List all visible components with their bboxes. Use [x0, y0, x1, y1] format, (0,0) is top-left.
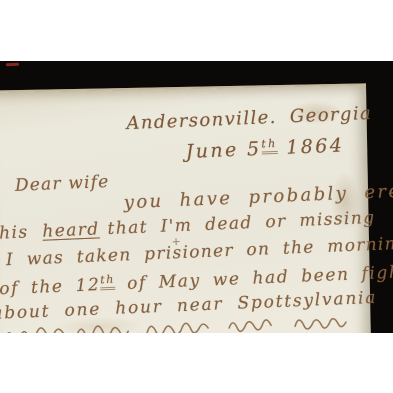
letter-date-line: June 5th 1864 — [185, 134, 344, 163]
letter-photograph: Andersonville. Georgia June 5th 1864 Dea… — [0, 61, 393, 333]
body-line-4-pre: of the 12 — [0, 275, 101, 299]
body-line-2-rest: that I'm dead or missing — [107, 208, 376, 239]
body-line-4-ordinal: th — [100, 273, 115, 291]
handwriting-layer: Andersonville. Georgia June 5th 1864 Dea… — [0, 81, 374, 333]
letter-paper: Andersonville. Georgia June 5th 1864 Dea… — [0, 83, 371, 333]
body-line-2-start: this — [0, 222, 29, 244]
letter-salutation: Dear wife — [15, 172, 110, 196]
red-mark — [6, 63, 19, 66]
date-year: 1864 — [286, 134, 345, 158]
letter-place-line: Andersonville. Georgia — [126, 103, 373, 134]
date-month-day: June 5 — [185, 138, 262, 163]
body-line-2-underlined-word: heard — [42, 219, 100, 241]
date-ordinal: th — [261, 137, 278, 155]
